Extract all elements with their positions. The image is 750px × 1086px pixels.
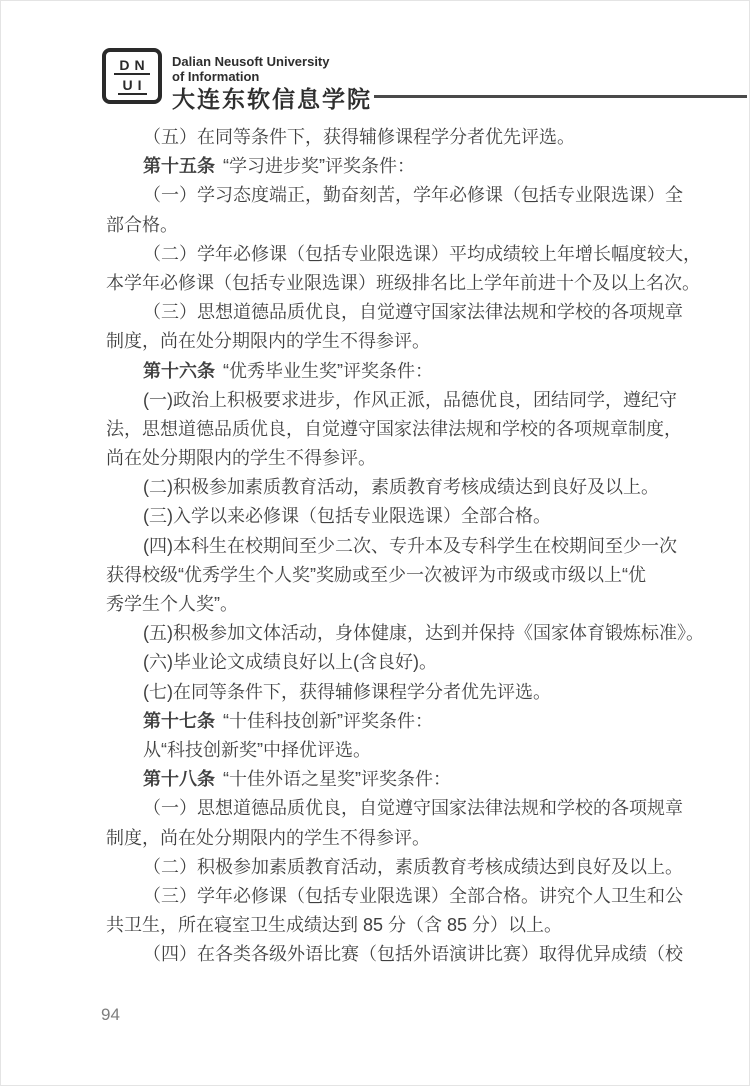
line-text: 尚在处分期限内的学生不得参评。	[106, 448, 376, 468]
article-number: 第十六条	[143, 361, 215, 381]
article-number: 第十五条	[143, 156, 215, 176]
body-line: (五)积极参加文体活动，身体健康，达到并保持《国家体育锻炼标准》。	[106, 619, 706, 648]
line-text: 共卫生，所在寝室卫生成绩达到 85 分（含 85 分）以上。	[106, 915, 562, 935]
body-line: (四)本科生在校期间至少二次、专升本及专科学生在校期间至少一次	[106, 532, 706, 561]
body-line: （二）学年必修课（包括专业限选课）平均成绩较上年增长幅度较大，	[106, 240, 706, 269]
line-text: （三）思想道德品质优良，自觉遵守国家法律法规和学校的各项规章	[143, 302, 683, 322]
line-text: 秀学生个人奖”。	[106, 594, 238, 614]
body-line: 第十八条“十佳外语之星奖”评奖条件：	[106, 765, 706, 794]
line-text: “优秀毕业生奖”评奖条件：	[223, 361, 433, 381]
header-divider-line	[374, 95, 747, 98]
line-text: 获得校级“优秀学生个人奖”奖励或至少一次被评为市级或市级以上“优	[106, 565, 646, 585]
line-text: (四)本科生在校期间至少二次、专升本及专科学生在校期间至少一次	[143, 536, 677, 556]
body-line: 尚在处分期限内的学生不得参评。	[106, 444, 706, 473]
article-number: 第十七条	[143, 711, 215, 731]
line-text: （五）在同等条件下，获得辅修课程学分者优先评选。	[143, 127, 575, 147]
body-line: 制度，尚在处分期限内的学生不得参评。	[106, 824, 706, 853]
line-text: (五)积极参加文体活动，身体健康，达到并保持《国家体育锻炼标准》。	[143, 623, 704, 643]
body-line: （三）学年必修课（包括专业限选课）全部合格。讲究个人卫生和公	[106, 882, 706, 911]
body-line: 法，思想道德品质优良，自觉遵守国家法律法规和学校的各项规章制度，	[106, 415, 706, 444]
body-line: 共卫生，所在寝室卫生成绩达到 85 分（含 85 分）以上。	[106, 911, 706, 940]
line-text: 法，思想道德品质优良，自觉遵守国家法律法规和学校的各项规章制度，	[106, 419, 682, 439]
body-line: （四）在各类各级外语比赛（包括外语演讲比赛）取得优异成绩（校	[106, 940, 706, 969]
body-line: （五）在同等条件下，获得辅修课程学分者优先评选。	[106, 123, 706, 152]
body-line: 第十六条“优秀毕业生奖”评奖条件：	[106, 357, 706, 386]
dnui-logo-icon: DN UI	[102, 48, 162, 104]
university-name-chinese: 大连东软信息学院	[172, 81, 372, 114]
line-text: （四）在各类各级外语比赛（包括外语演讲比赛）取得优异成绩（校	[143, 944, 683, 964]
body-line: 本学年必修课（包括专业限选课）班级排名比上学年前进十个及以上名次。	[106, 269, 706, 298]
line-text: (六)毕业论文成绩良好以上(含良好)。	[143, 652, 437, 672]
line-text: （二）学年必修课（包括专业限选课）平均成绩较上年增长幅度较大，	[143, 244, 701, 264]
line-text: (二)积极参加素质教育活动，素质教育考核成绩达到良好及以上。	[143, 477, 659, 497]
line-text: （二）积极参加素质教育活动，素质教育考核成绩达到良好及以上。	[143, 857, 683, 877]
line-text: 制度，尚在处分期限内的学生不得参评。	[106, 331, 430, 351]
body-line: 获得校级“优秀学生个人奖”奖励或至少一次被评为市级或市级以上“优	[106, 561, 706, 590]
body-line: (六)毕业论文成绩良好以上(含良好)。	[106, 648, 706, 677]
university-name-english: Dalian Neusoft University of Information	[172, 54, 330, 84]
line-text: 部合格。	[106, 215, 178, 235]
line-text: “十佳科技创新”评奖条件：	[223, 711, 433, 731]
body-line: （一）思想道德品质优良，自觉遵守国家法律法规和学校的各项规章	[106, 794, 706, 823]
article-number: 第十八条	[143, 769, 215, 789]
line-text: (一)政治上积极要求进步，作风正派，品德优良，团结同学，遵纪守	[143, 390, 677, 410]
line-text: 制度，尚在处分期限内的学生不得参评。	[106, 828, 430, 848]
logo-letters-bottom: UI	[118, 78, 147, 95]
body-line: (七)在同等条件下，获得辅修课程学分者优先评选。	[106, 678, 706, 707]
body-line: 从“科技创新奖”中择优评选。	[106, 736, 706, 765]
line-text: （一）学习态度端正，勤奋刻苦，学年必修课（包括专业限选课）全	[143, 185, 683, 205]
body-line: 制度，尚在处分期限内的学生不得参评。	[106, 327, 706, 356]
line-text: “学习进步奖”评奖条件：	[223, 156, 415, 176]
body-line: 秀学生个人奖”。	[106, 590, 706, 619]
document-page: DN UI Dalian Neusoft University of Infor…	[0, 0, 750, 1086]
line-text: （三）学年必修课（包括专业限选课）全部合格。讲究个人卫生和公	[143, 886, 683, 906]
line-text: (三)入学以来必修课（包括专业限选课）全部合格。	[143, 506, 551, 526]
line-text: 本学年必修课（包括专业限选课）班级排名比上学年前进十个及以上名次。	[106, 273, 700, 293]
page-number: 94	[101, 1005, 120, 1025]
body-line: 部合格。	[106, 211, 706, 240]
body-line: 第十五条“学习进步奖”评奖条件：	[106, 152, 706, 181]
document-body: （五）在同等条件下，获得辅修课程学分者优先评选。第十五条“学习进步奖”评奖条件：…	[106, 123, 706, 969]
line-text: “十佳外语之星奖”评奖条件：	[223, 769, 451, 789]
line-text: （一）思想道德品质优良，自觉遵守国家法律法规和学校的各项规章	[143, 798, 683, 818]
body-line: 第十七条“十佳科技创新”评奖条件：	[106, 707, 706, 736]
body-line: (三)入学以来必修课（包括专业限选课）全部合格。	[106, 502, 706, 531]
line-text: 从“科技创新奖”中择优评选。	[143, 740, 371, 760]
body-line: （二）积极参加素质教育活动，素质教育考核成绩达到良好及以上。	[106, 853, 706, 882]
body-line: (二)积极参加素质教育活动，素质教育考核成绩达到良好及以上。	[106, 473, 706, 502]
body-line: （三）思想道德品质优良，自觉遵守国家法律法规和学校的各项规章	[106, 298, 706, 327]
body-line: (一)政治上积极要求进步，作风正派，品德优良，团结同学，遵纪守	[106, 386, 706, 415]
body-line: （一）学习态度端正，勤奋刻苦，学年必修课（包括专业限选课）全	[106, 181, 706, 210]
line-text: (七)在同等条件下，获得辅修课程学分者优先评选。	[143, 682, 551, 702]
logo-letters-top: DN	[114, 58, 149, 75]
